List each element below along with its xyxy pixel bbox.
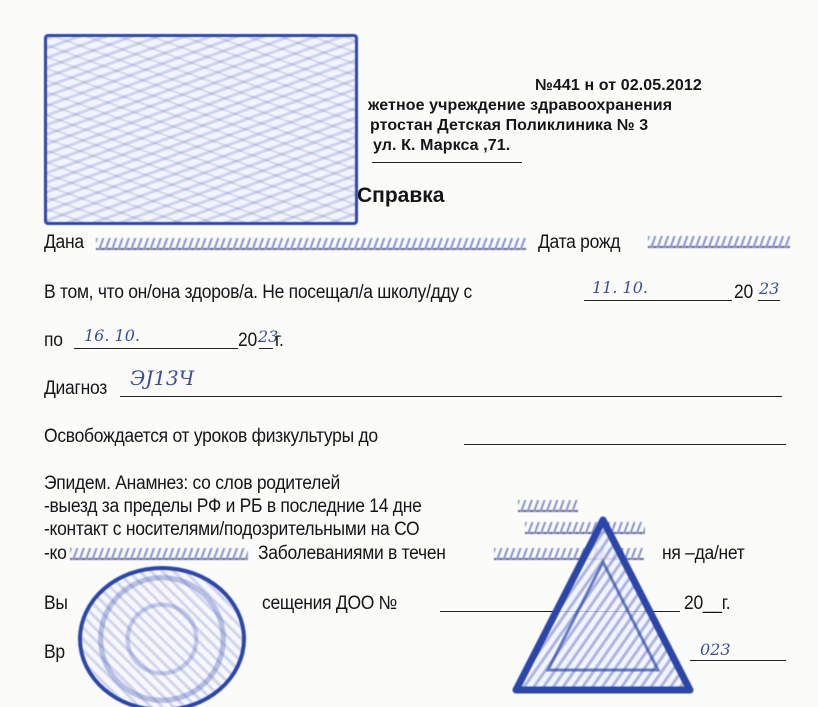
institution-line-2: ртостан Детская Поликлиника № 3 — [370, 117, 648, 135]
epid-line-travel: -выезд за пределы РФ и РБ в последние 14… — [44, 496, 422, 518]
institution-address: ул. К. Маркса ,71. — [373, 137, 510, 155]
absence-text: В том, что он/она здоров/а. Не посещал/а… — [44, 282, 472, 304]
signature-date-partial: 023 — [700, 640, 731, 659]
epid-heading: Эпидем. Анамнез: со слов родителей — [44, 473, 340, 495]
epid-line-other-middle: Заболеваниями в течен — [258, 543, 446, 565]
diagnosis-label: Диагноз — [44, 378, 107, 400]
round-seal-stamp — [78, 566, 246, 707]
doctor-label: Вр — [44, 642, 65, 664]
birth-date-label: Дата рожд — [538, 232, 620, 254]
absence-from-year-prefix: 20 — [734, 282, 753, 304]
issued-to-value-obscured — [96, 238, 526, 250]
absence-from-year-line — [758, 300, 780, 301]
absence-to-year-g: г. — [275, 330, 284, 352]
absence-from-value: 11. 10. — [592, 278, 648, 297]
absence-to-year-line — [259, 348, 273, 349]
attendance-prefix: Вы — [44, 593, 68, 615]
attendance-label: сещения ДОО № — [262, 593, 397, 615]
document-title: Справка — [357, 184, 444, 208]
epid-line-other-start: -ко — [44, 543, 67, 565]
pe-exempt-line — [464, 444, 786, 445]
triangle-seal-stamp — [508, 512, 698, 702]
absence-to-year-prefix: 20 — [238, 330, 257, 352]
epid-line-contact: -контакт с носителями/подозрительными на… — [44, 519, 419, 541]
absence-to-label: по — [44, 330, 63, 352]
birth-date-value-obscured — [648, 236, 790, 248]
order-reference: №441 н от 02.05.2012 — [535, 77, 702, 95]
absence-to-value: 16. 10. — [84, 326, 140, 345]
epid-travel-obscured — [518, 500, 578, 512]
absence-from-line — [584, 300, 732, 301]
address-underline — [372, 162, 522, 163]
diagnosis-line — [120, 396, 782, 397]
institution-stamp — [44, 34, 358, 225]
diagnosis-value: ЭЈ13Ч — [130, 366, 194, 390]
issued-to-label: Дана — [44, 232, 84, 254]
pe-exempt-label: Освобождается от уроков физкультуры до — [44, 426, 378, 448]
absence-from-year-suffix: 23 — [759, 279, 779, 298]
epid-other-obscured-1 — [70, 548, 248, 560]
absence-to-line — [74, 348, 238, 349]
signature-line — [690, 660, 786, 661]
institution-line-1: жетное учреждение здравоохранения — [368, 97, 672, 115]
